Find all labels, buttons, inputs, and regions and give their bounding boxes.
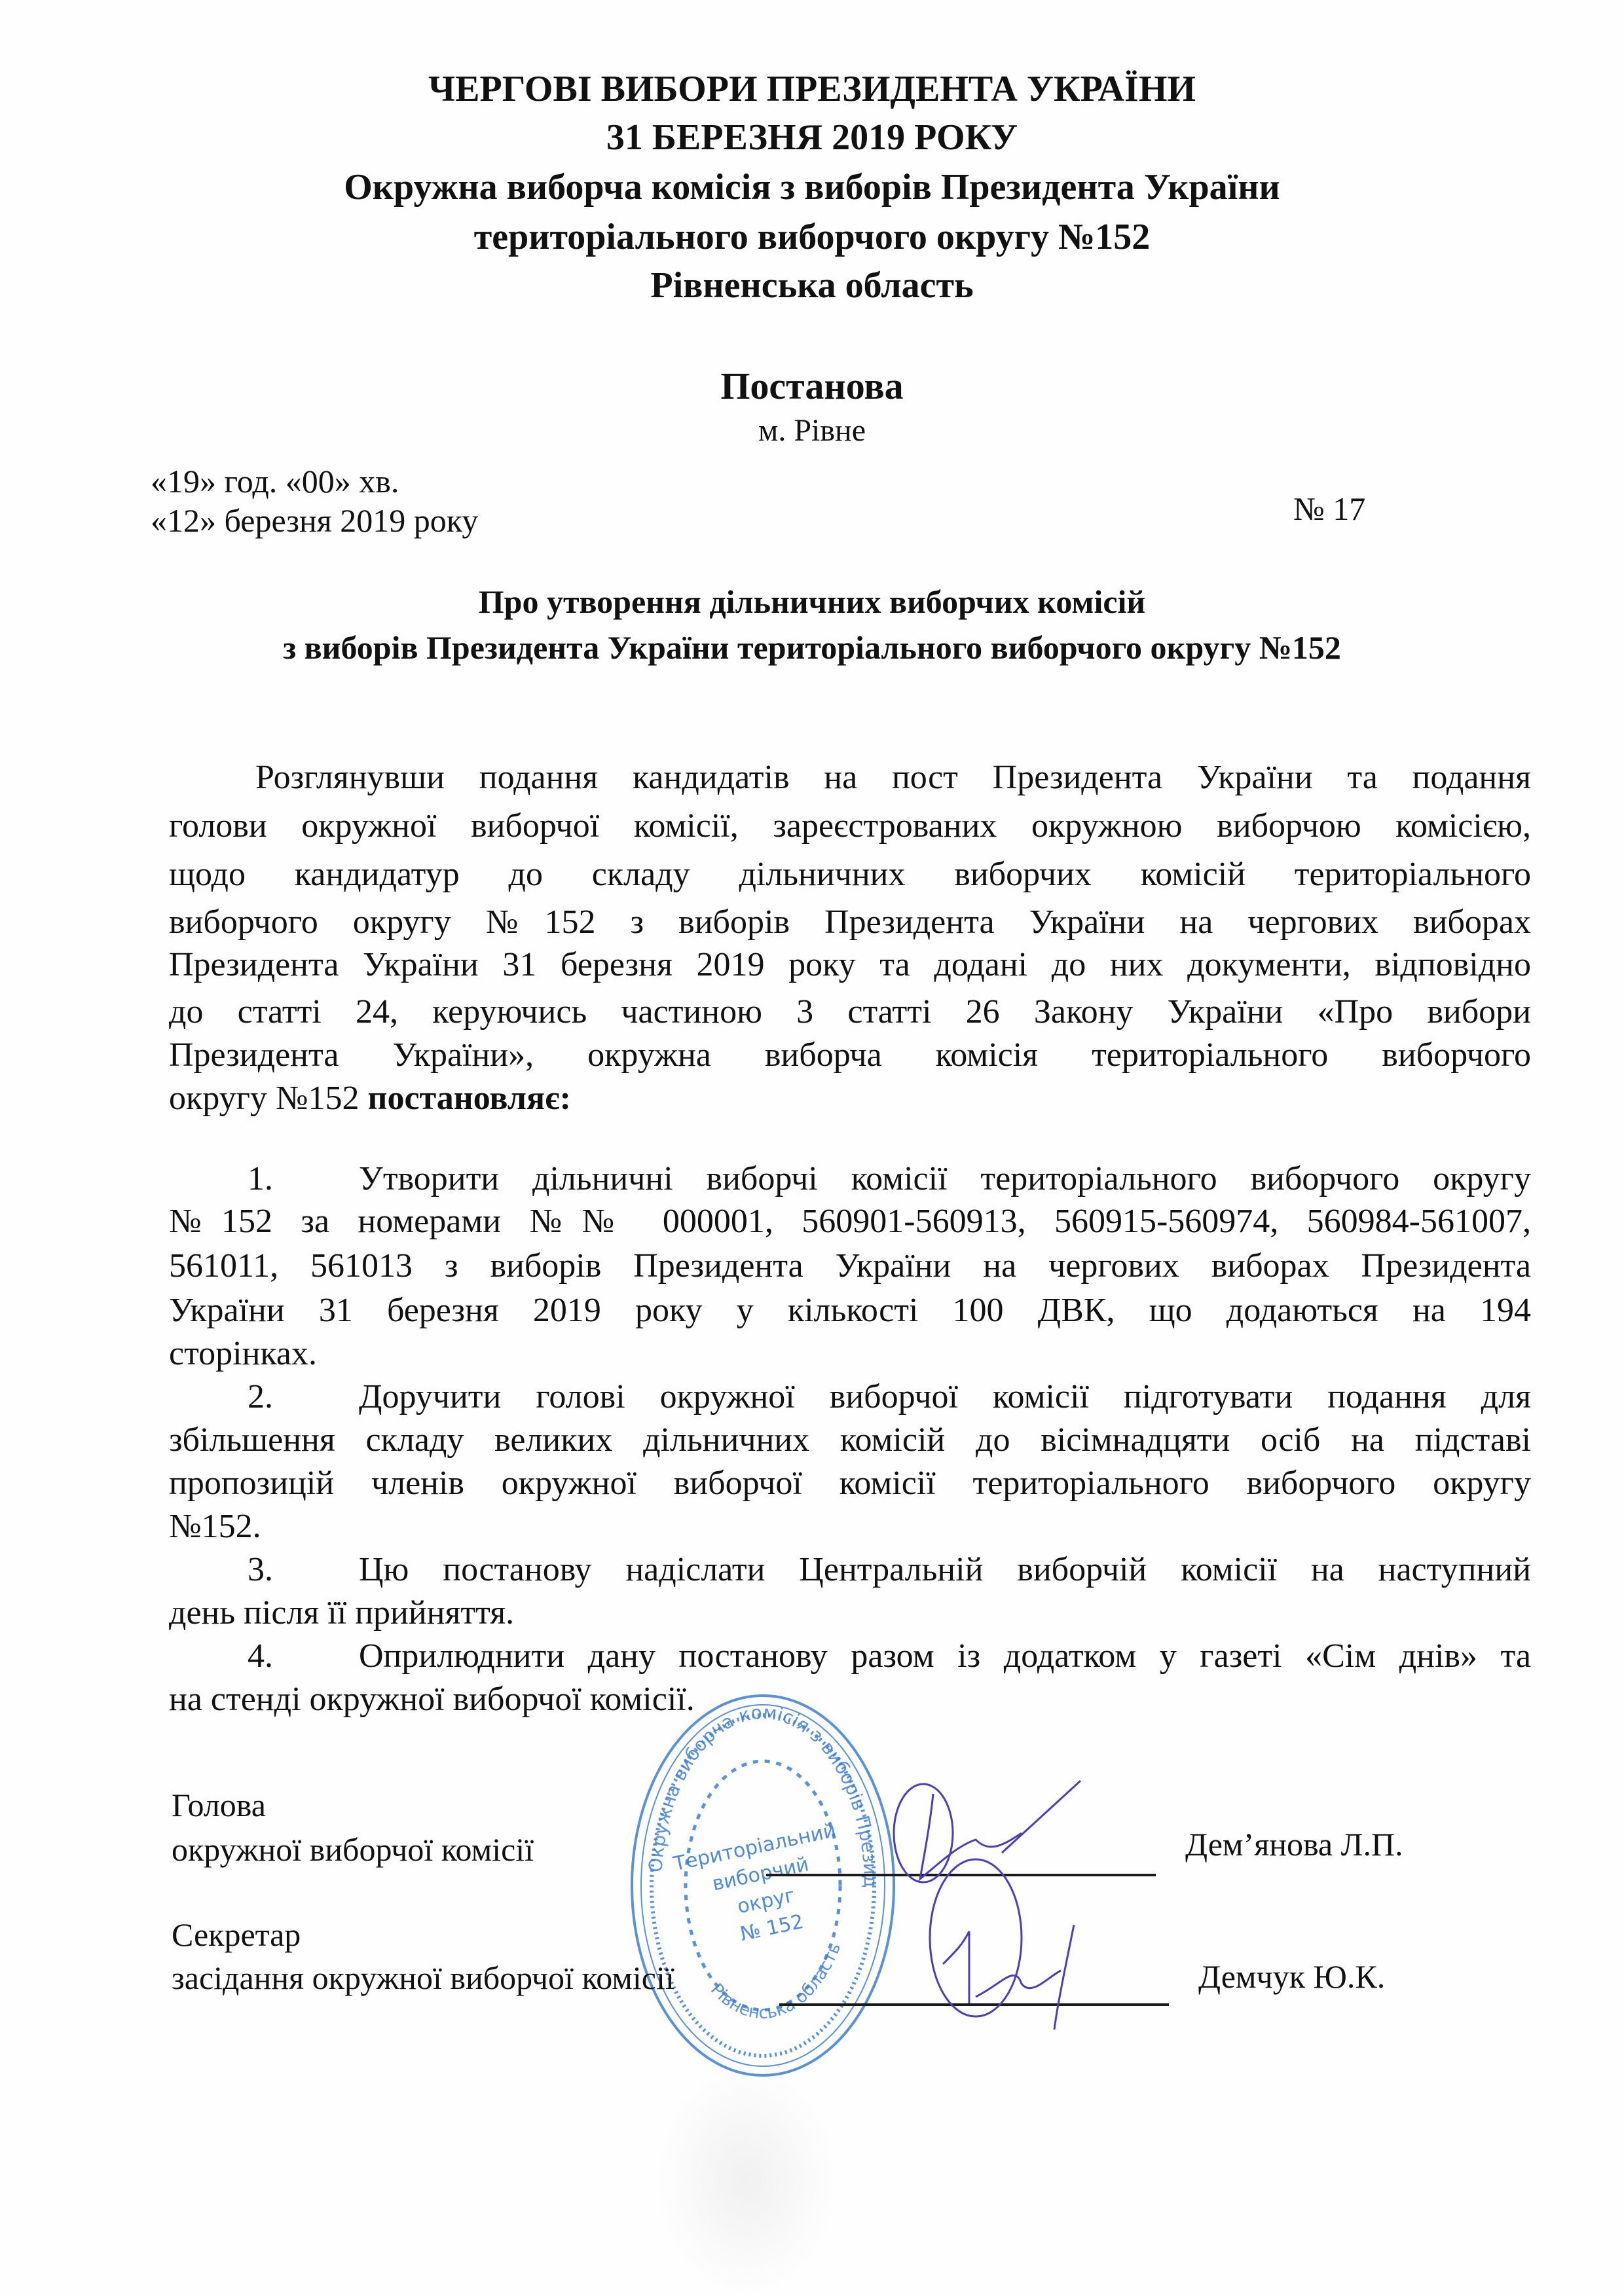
secretary-title-line-2: засідання окружної виборчої комісії (172, 1961, 674, 1994)
preamble-line: виборчого округу №152 з виборів Президен… (169, 905, 1531, 939)
preamble-line: голови окружної виборчої комісії, зареєс… (169, 809, 1531, 843)
election-title: ЧЕРГОВІ ВИБОРИ ПРЕЗИДЕНТА УКРАЇНИ (0, 71, 1624, 107)
official-stamp: Окружна виборча комісія з виборів Презид… (622, 1689, 904, 2082)
chair-name: Дем’янова Л.П. (1185, 1828, 1403, 1861)
item-1-line: сторінках. (169, 1337, 1531, 1371)
secretary-handwritten-signature (917, 1853, 1179, 2036)
item-number: 3. (248, 1553, 273, 1587)
chair-title-line-2: окружної виборчої комісії (172, 1833, 534, 1866)
preamble-line: Президента України 31 березня 2019 року … (169, 948, 1531, 982)
chair-title-line-1: Голова (172, 1789, 266, 1821)
stamp-bottom-text: Рівненська область (707, 1941, 845, 2023)
resolution-date: «12» березня 2019 року (151, 504, 478, 537)
item-1-text: Утворити дільничні виборчі комісії терит… (359, 1162, 1531, 1196)
item-4-text: Оприлюднити дану постанову разом із дода… (359, 1639, 1531, 1673)
document-type: Постанова (0, 364, 1624, 408)
resolution-time: «19» год. «00» хв. (151, 465, 399, 498)
item-1-line: 561011, 561013 з виборів Президента Укра… (169, 1249, 1531, 1283)
city: м. Рівне (0, 412, 1624, 448)
preamble-line: щодо кандидатур до складу дільничних виб… (169, 858, 1531, 892)
subject-line-2: з виборів Президента України територіаль… (0, 629, 1624, 666)
item-1-line: №152 за номерами №№ 000001, 560901-56091… (169, 1205, 1531, 1239)
item-2-line: пропозицій членів окружної виборчої комі… (169, 1467, 1531, 1501)
resolution-number: № 17 (1293, 492, 1365, 525)
secretary-name: Демчук Ю.К. (1198, 1960, 1385, 1993)
item-number: 1. (248, 1162, 273, 1196)
preamble-prefix: округу №152 (169, 1080, 368, 1117)
svg-text:Рівненська область: Рівненська область (707, 1941, 845, 2023)
preamble-last-line: округу №152 постановляє: (169, 1082, 1531, 1116)
preamble-line: до статті 24, керуючись частиною 3 статт… (169, 995, 1531, 1029)
resolves-keyword: постановляє: (368, 1080, 571, 1117)
district-name: територіального виборчого округу №152 (0, 219, 1624, 255)
election-date: 31 БЕРЕЗНЯ 2019 РОКУ (0, 119, 1624, 156)
region-name: Рівненська область (0, 267, 1624, 304)
item-1-line: України 31 березня 2019 року у кількості… (169, 1294, 1531, 1328)
item-2-line: збільшення складу великих дільничних ком… (169, 1423, 1531, 1457)
preamble-line: Розглянувши подання кандидатів на пост П… (255, 761, 1531, 795)
item-number: 2. (248, 1380, 273, 1414)
document-page: ЧЕРГОВІ ВИБОРИ ПРЕЗИДЕНТА УКРАЇНИ 31 БЕР… (0, 0, 1624, 2296)
item-3-text: Цю постанову надіслати Центральній вибор… (359, 1553, 1531, 1587)
item-2-text: Доручити голові окружної виборчої комісі… (359, 1380, 1531, 1414)
scan-artifact (655, 2062, 838, 2296)
item-number: 4. (248, 1639, 273, 1673)
secretary-title-line-1: Секретар (172, 1918, 301, 1951)
item-3-line: день після її прийняття. (169, 1596, 1531, 1630)
subject-line-1: Про утворення дільничних виборчих комісі… (0, 583, 1624, 621)
commission-name: Окружна виборча комісія з виборів Презид… (0, 169, 1624, 206)
item-2-line: №152. (169, 1510, 1531, 1544)
preamble-line: Президента України», окружна виборча ком… (169, 1038, 1531, 1072)
